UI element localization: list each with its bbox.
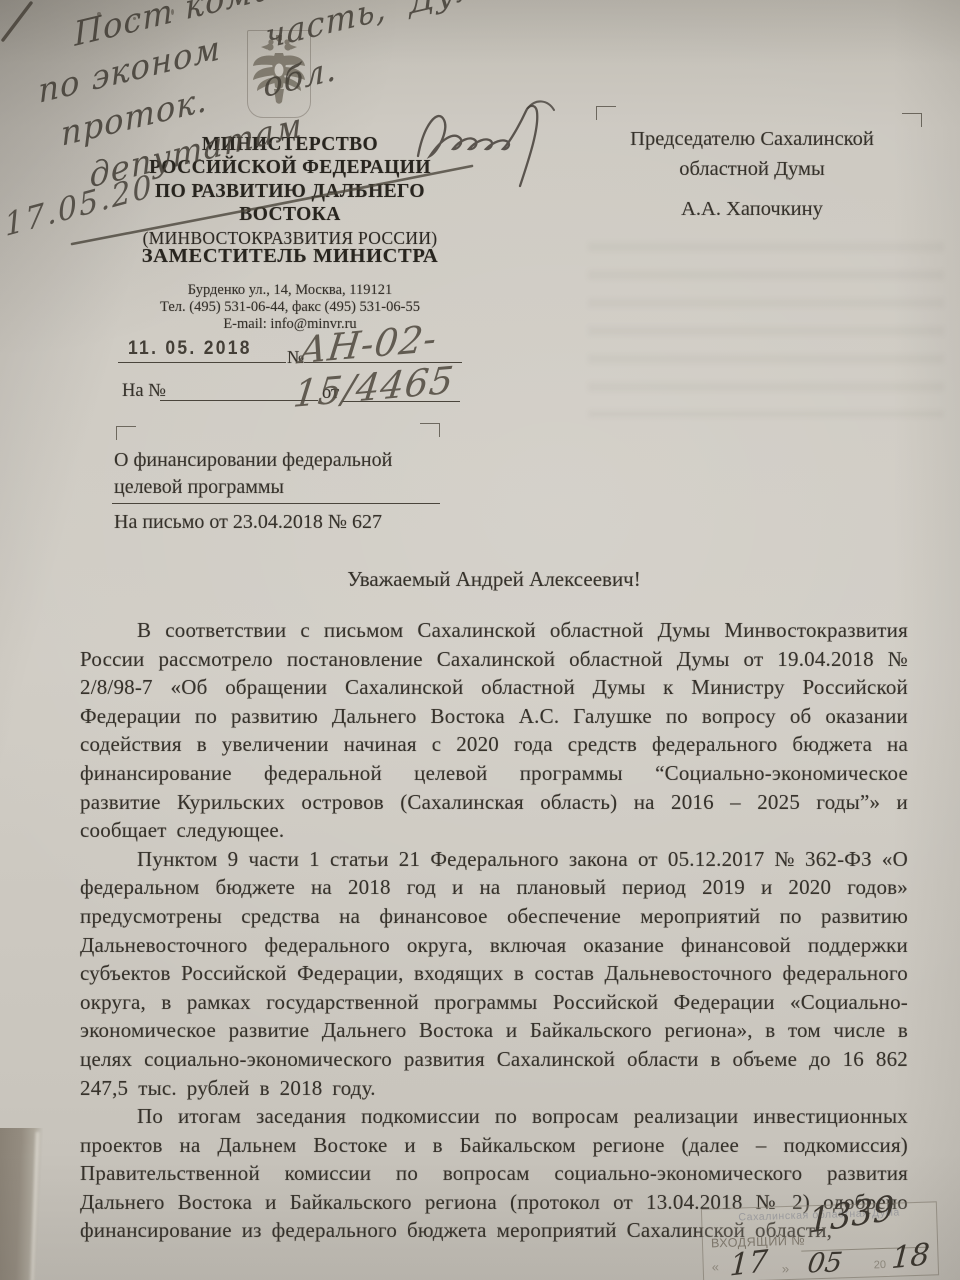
addressee-corner-mark — [596, 106, 616, 120]
reply-prefix: На № — [122, 381, 166, 402]
addressee-block: Председателю Сахалинской областной Думы — [596, 124, 908, 184]
body-paragraph: В соответствии с письмом Сахалинской обл… — [80, 616, 908, 845]
subject-corner-mark — [116, 426, 136, 440]
outgoing-date-stamp: 11. 05. 2018 — [128, 338, 252, 360]
scanned-letter-page: Пост комитет разв. и АО, по эконом часть… — [0, 0, 960, 1280]
reverse-side-bleed-through — [588, 242, 944, 418]
stamp-quote-open: « — [711, 1259, 719, 1274]
stamp-handwritten-year: 18 — [890, 1237, 931, 1276]
subject-underline — [112, 503, 440, 504]
incoming-stamp: Сахалинская областная Дума ВХОДЯЩИЙ № 13… — [701, 1201, 939, 1280]
addressee-line: Председателю Сахалинской — [596, 124, 908, 154]
stamp-handwritten-month: 05 — [805, 1247, 844, 1279]
stamp-year-printed: 20 — [874, 1259, 887, 1271]
stamp-quote-close: » — [782, 1261, 790, 1276]
addressee-line: областной Думы — [596, 154, 908, 184]
addressee-corner-mark — [902, 113, 922, 127]
letter-body: В соответствии с письмом Сахалинской обл… — [80, 616, 908, 1245]
date-underline — [118, 362, 286, 363]
subject-corner-mark — [420, 423, 440, 437]
addressee-name: А.А. Хапочкину — [596, 198, 908, 221]
subject-line: целевой программы — [114, 474, 444, 500]
body-paragraph: Пунктом 9 части 1 статьи 21 Федерального… — [80, 845, 908, 1102]
subject-reply-reference: На письмо от 23.04.2018 № 627 — [114, 509, 474, 535]
phone-line: Тел. (495) 531-06-44, факс (495) 531-06-… — [102, 299, 478, 316]
subject-line: О финансировании федеральной — [114, 447, 444, 473]
address-line: Бурденко ул., 14, Москва, 119121 — [102, 282, 478, 299]
stamp-handwritten-day: 17 — [729, 1244, 769, 1280]
salutation: Уважаемый Андрей Алексеевич! — [80, 567, 908, 592]
